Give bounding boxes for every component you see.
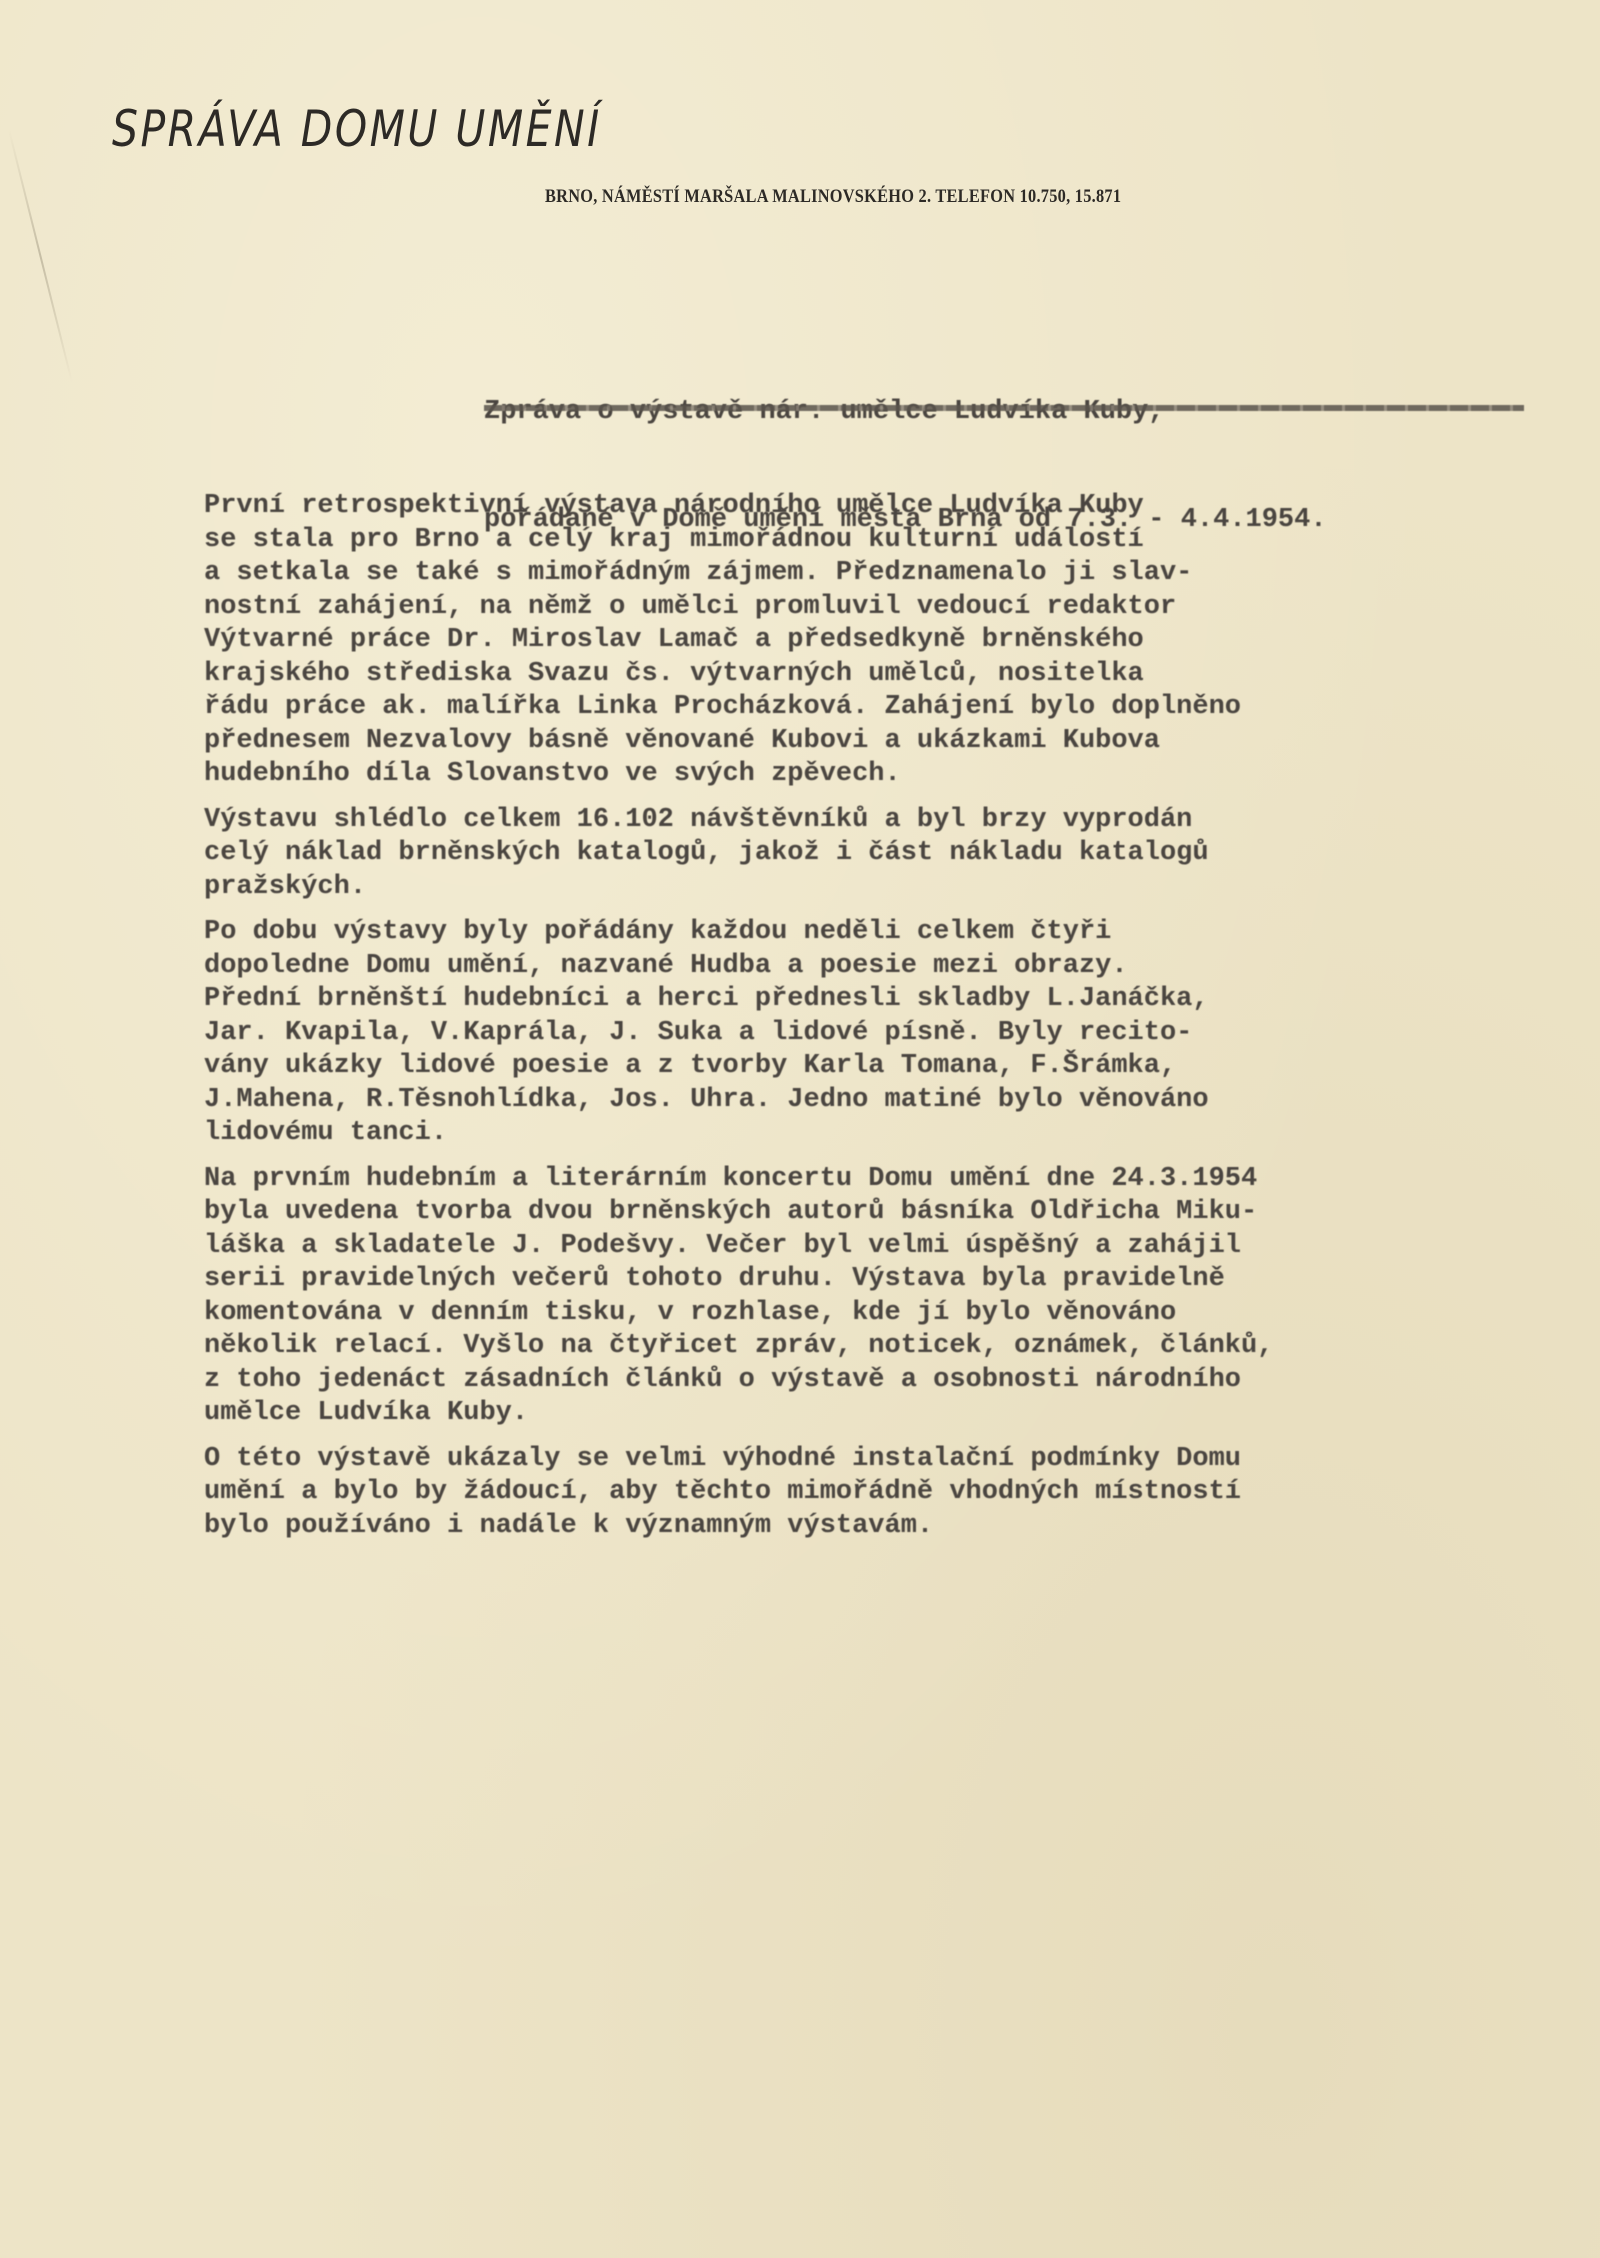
text-line: nostní zahájení, na němž o umělci promlu… xyxy=(204,591,1544,625)
heading-line: Zpráva o výstavě nár. umělce Ludvíka Kub… xyxy=(484,394,1327,430)
text-line: několik relací. Vyšlo na čtyřicet zpráv,… xyxy=(204,1330,1544,1364)
paragraph-conclusion: O této výstavě ukázaly se velmi výhodné … xyxy=(204,1443,1544,1544)
paragraph-events: Po dobu výstavy byly pořádány každou ned… xyxy=(204,916,1544,1151)
text-line: První retrospektivní výstava národního u… xyxy=(204,490,1544,524)
paragraph-attendance: Výstavu shlédlo celkem 16.102 návštěvník… xyxy=(204,804,1544,905)
text-line: láška a skladatele J. Podešvy. Večer byl… xyxy=(204,1230,1544,1264)
letterhead-title: SPRÁVA DOMU UMĚNÍ xyxy=(112,100,602,158)
text-line: O této výstavě ukázaly se velmi výhodné … xyxy=(204,1443,1544,1477)
text-line: umění a bylo by žádoucí, aby těchto mimo… xyxy=(204,1476,1544,1510)
text-line: se stala pro Brno a celý kraj mimořádnou… xyxy=(204,524,1544,558)
text-line: z toho jedenáct zásadních článků o výsta… xyxy=(204,1364,1544,1398)
text-line: Výstavu shlédlo celkem 16.102 návštěvník… xyxy=(204,804,1544,838)
text-line: řádu práce ak. malířka Linka Procházková… xyxy=(204,691,1544,725)
text-line: lidovému tanci. xyxy=(204,1117,1544,1151)
text-line: komentována v denním tisku, v rozhlase, … xyxy=(204,1297,1544,1331)
text-line: umělce Ludvíka Kuby. xyxy=(204,1397,1544,1431)
text-line: krajského střediska Svazu čs. výtvarných… xyxy=(204,658,1544,692)
text-line: a setkala se také s mimořádným zájmem. P… xyxy=(204,557,1544,591)
text-line: dopoledne Domu umění, nazvané Hudba a po… xyxy=(204,950,1544,984)
text-line: hudebního díla Slovanstvo ve svých zpěve… xyxy=(204,758,1544,792)
text-line: vány ukázky lidové poesie a z tvorby Kar… xyxy=(204,1050,1544,1084)
text-line: Přední brněnští hudebníci a herci předne… xyxy=(204,983,1544,1017)
paragraph-opening: První retrospektivní výstava národního u… xyxy=(204,490,1544,792)
text-line: Na prvním hudebním a literárním koncertu… xyxy=(204,1163,1544,1197)
text-line: přednesem Nezvalovy básně věnované Kubov… xyxy=(204,725,1544,759)
text-line: Jar. Kvapila, V.Kaprála, J. Suka a lidov… xyxy=(204,1017,1544,1051)
text-line: pražských. xyxy=(204,871,1544,905)
text-line: serii pravidelných večerů tohoto druhu. … xyxy=(204,1263,1544,1297)
heading-underline xyxy=(484,405,1524,411)
letterhead-address: BRNO, NÁMĚSTÍ MARŠALA MALINOVSKÉHO 2. TE… xyxy=(545,186,1121,208)
text-line: byla uvedena tvorba dvou brněnských auto… xyxy=(204,1196,1544,1230)
text-line: J.Mahena, R.Těsnohlídka, Jos. Uhra. Jedn… xyxy=(204,1084,1544,1118)
text-line: bylo používáno i nadále k významným výst… xyxy=(204,1510,1544,1544)
report-body: První retrospektivní výstava národního u… xyxy=(204,490,1544,1555)
paragraph-concert-press: Na prvním hudebním a literárním koncertu… xyxy=(204,1163,1544,1431)
text-line: celý náklad brněnských katalogů, jakož i… xyxy=(204,837,1544,871)
text-line: Po dobu výstavy byly pořádány každou ned… xyxy=(204,916,1544,950)
text-line: Výtvarné práce Dr. Miroslav Lamač a před… xyxy=(204,624,1544,658)
